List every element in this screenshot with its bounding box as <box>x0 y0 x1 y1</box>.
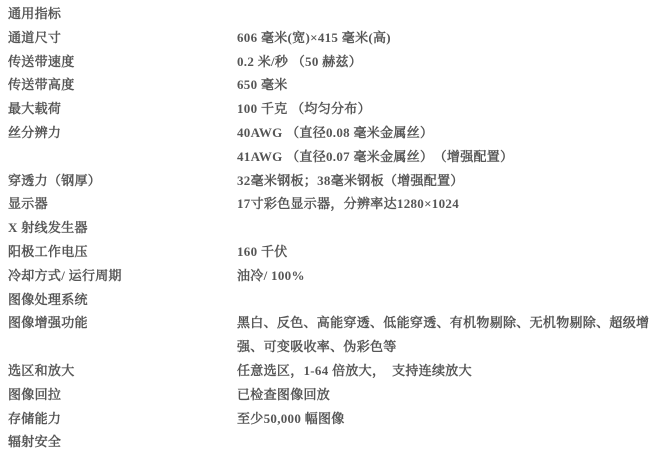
spec-row: 选区和放大任意选区，1-64 倍放大， 支持连续放大 <box>8 359 654 383</box>
spec-label: 显示器 <box>8 192 237 216</box>
spec-value-line: 任意选区，1-64 倍放大， 支持连续放大 <box>237 359 654 383</box>
spec-value: 任意选区，1-64 倍放大， 支持连续放大 <box>237 359 654 383</box>
spec-value: 32毫米钢板；38毫米钢板（增强配置） <box>237 169 654 193</box>
spec-row: 传送带高度650 毫米 <box>8 73 654 97</box>
spec-label: 图像增强功能 <box>8 311 237 335</box>
spec-label: 传送带高度 <box>8 73 237 97</box>
spec-label: 传送带速度 <box>8 50 237 74</box>
spec-row: 图像增强功能黑白、反色、高能穿透、低能穿透、有机物剔除、无机物剔除、超级增强、可… <box>8 311 654 359</box>
spec-value: 油冷/ 100% <box>237 264 654 288</box>
spec-value: 0.2 米/秒 （50 赫兹） <box>237 50 654 74</box>
spec-label: 冷却方式/ 运行周期 <box>8 264 237 288</box>
spec-row: 图像处理系统 <box>8 288 654 312</box>
spec-row: 存储能力至少50,000 幅图像 <box>8 407 654 431</box>
spec-row: 丝分辨力40AWG （直径0.08 毫米金属丝）41AWG （直径0.07 毫米… <box>8 121 654 169</box>
spec-value-line: 606 毫米(宽)×415 毫米(高) <box>237 26 654 50</box>
spec-value: 160 千伏 <box>237 240 654 264</box>
spec-value: 17寸彩色显示器，分辨率达1280×1024 <box>237 192 654 216</box>
spec-label: 选区和放大 <box>8 359 237 383</box>
spec-value-line: 黑白、反色、高能穿透、低能穿透、有机物剔除、无机物剔除、超级增 <box>237 311 654 335</box>
spec-value-line: 0.2 米/秒 （50 赫兹） <box>237 50 654 74</box>
spec-value-line: 41AWG （直径0.07 毫米金属丝） （增强配置） <box>237 145 654 169</box>
spec-label: 图像处理系统 <box>8 288 237 312</box>
spec-row: 通用指标 <box>8 2 654 26</box>
spec-value-line: 油冷/ 100% <box>237 264 654 288</box>
spec-label: X 射线发生器 <box>8 216 237 240</box>
spec-row: 显示器17寸彩色显示器，分辨率达1280×1024 <box>8 192 654 216</box>
spec-value: 650 毫米 <box>237 73 654 97</box>
spec-row: 冷却方式/ 运行周期油冷/ 100% <box>8 264 654 288</box>
spec-label: 穿透力（钢厚） <box>8 169 237 193</box>
spec-value-line: 40AWG （直径0.08 毫米金属丝） <box>237 121 654 145</box>
spec-row: 传送带速度0.2 米/秒 （50 赫兹） <box>8 50 654 74</box>
spec-value: 100 千克 （均匀分布） <box>237 97 654 121</box>
spec-value-line: 已检查图像回放 <box>237 383 654 407</box>
spec-value-line: 至少50,000 幅图像 <box>237 407 654 431</box>
spec-label: 通用指标 <box>8 2 237 26</box>
spec-row: 最大载荷100 千克 （均匀分布） <box>8 97 654 121</box>
spec-row: 图像回拉已检查图像回放 <box>8 383 654 407</box>
spec-value: 至少50,000 幅图像 <box>237 407 654 431</box>
spec-label: 丝分辨力 <box>8 121 237 145</box>
spec-label: 图像回拉 <box>8 383 237 407</box>
spec-value-line: 100 千克 （均匀分布） <box>237 97 654 121</box>
spec-value: 已检查图像回放 <box>237 383 654 407</box>
spec-value: 黑白、反色、高能穿透、低能穿透、有机物剔除、无机物剔除、超级增强、可变吸收率、伪… <box>237 311 654 359</box>
spec-sheet: 通用指标通道尺寸606 毫米(宽)×415 毫米(高)传送带速度0.2 米/秒 … <box>0 0 654 452</box>
spec-value-line: 强、可变吸收率、伪彩色等 <box>237 335 654 359</box>
spec-row: 辐射安全 <box>8 430 654 452</box>
spec-label: 最大载荷 <box>8 97 237 121</box>
spec-row: 穿透力（钢厚）32毫米钢板；38毫米钢板（增强配置） <box>8 169 654 193</box>
spec-row: 阳极工作电压160 千伏 <box>8 240 654 264</box>
spec-label: 辐射安全 <box>8 430 237 452</box>
spec-value: 606 毫米(宽)×415 毫米(高) <box>237 26 654 50</box>
spec-row: X 射线发生器 <box>8 216 654 240</box>
spec-value-line: 32毫米钢板；38毫米钢板（增强配置） <box>237 169 654 193</box>
spec-value-line: 17寸彩色显示器，分辨率达1280×1024 <box>237 192 654 216</box>
spec-value-line: 650 毫米 <box>237 73 654 97</box>
spec-label: 存储能力 <box>8 407 237 431</box>
spec-value: 40AWG （直径0.08 毫米金属丝）41AWG （直径0.07 毫米金属丝）… <box>237 121 654 169</box>
spec-table: 通用指标通道尺寸606 毫米(宽)×415 毫米(高)传送带速度0.2 米/秒 … <box>8 2 654 452</box>
spec-label: 阳极工作电压 <box>8 240 237 264</box>
spec-row: 通道尺寸606 毫米(宽)×415 毫米(高) <box>8 26 654 50</box>
spec-label: 通道尺寸 <box>8 26 237 50</box>
spec-value-line: 160 千伏 <box>237 240 654 264</box>
